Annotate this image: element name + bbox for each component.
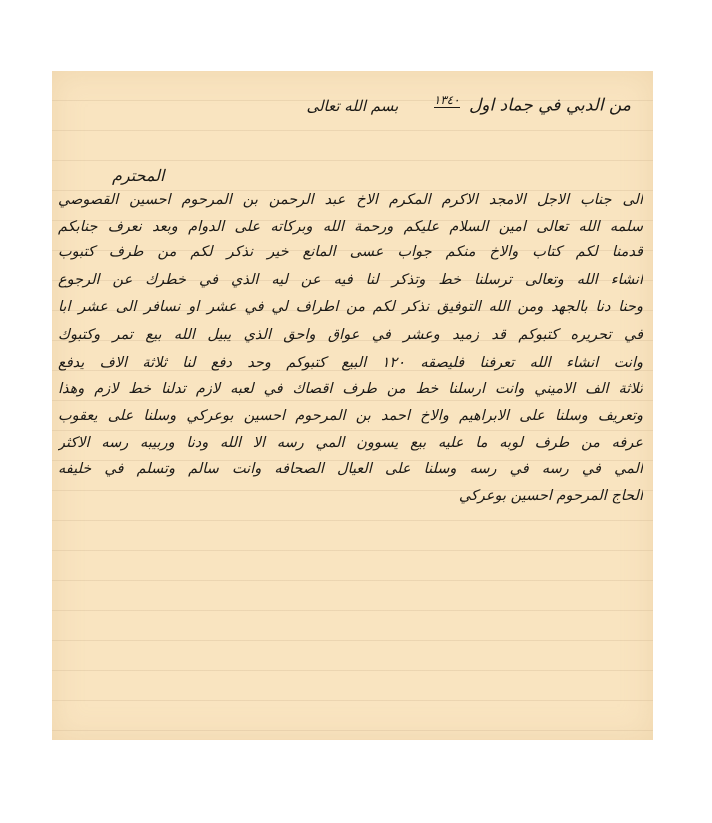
blessing: بسم الله تعالى (306, 97, 398, 115)
hijri-year: ١٣٤٠ (434, 93, 460, 108)
letter-line: وتعريف وسلنا على الابراهيم والاخ احمد بن… (58, 409, 643, 424)
letter-line: المي في رسه في رسه وسلنا على العيال الصح… (58, 462, 643, 477)
letter-header: من الدبي في جماد اول ١٣٤٠ بسم الله تعالى (306, 93, 631, 116)
letter-paper: من الدبي في جماد اول ١٣٤٠ بسم الله تعالى… (52, 71, 653, 740)
letter-line: وانت انشاء الله تعرفنا فليصقه ١٢٠ البيع … (58, 356, 643, 371)
letter-line: عرفه من طرف لوبه ما عليه بيع يسوون المي … (58, 436, 643, 451)
letter-line: الى جناب الاجل الامجد الاكرم المكرم الاخ… (58, 193, 643, 208)
place-date: من الدبي في جماد اول (469, 96, 631, 116)
salutation: المحترم (112, 166, 164, 185)
letter-line: ثلاثة الف الاميني وانت ارسلنا خط من طرف … (58, 382, 643, 397)
signature: الحاج المرحوم احسين بوعركي (459, 489, 643, 504)
letter-line: وحنا دنا بالجهد ومن الله التوفيق نذكر لك… (58, 300, 643, 315)
letter-line: انشاء الله وتعالى ترسلنا خط وتذكر لنا في… (58, 273, 643, 288)
letter-line: في تحريره كتبوكم قد زميد وعشر في عواق وا… (58, 328, 643, 343)
letter-line: سلمه الله تعالى آمين السلام عليكم ورحمة … (58, 220, 643, 235)
letter-line: قدمنا لكم كتاب والاخ منكم جواب عسى المان… (58, 245, 643, 260)
